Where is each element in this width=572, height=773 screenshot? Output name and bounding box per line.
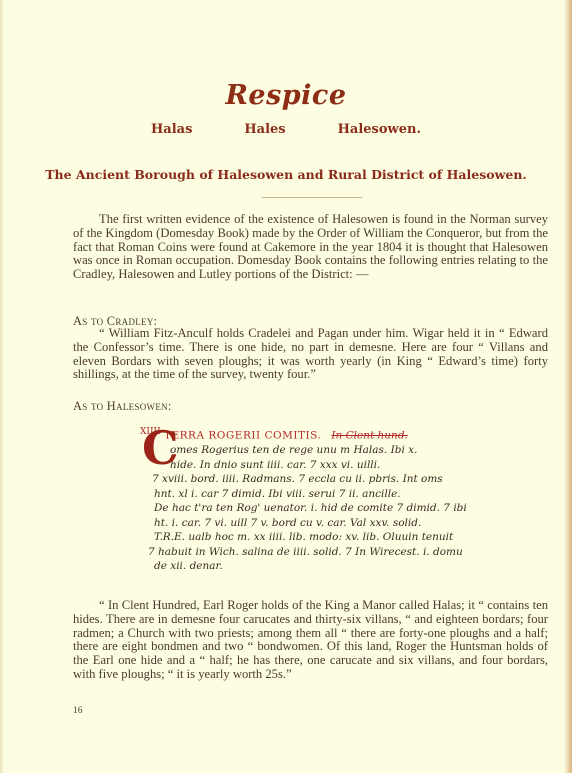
name-variants: Halas Hales Halesowen.	[0, 122, 572, 137]
page-edge-right	[564, 0, 572, 773]
subtitle: The Ancient Borough of Halesowen and Rur…	[0, 167, 572, 182]
intro-paragraph: The first written evidence of the existe…	[73, 213, 548, 282]
domesday-manuscript-image: C XIIII TERRA ROGERII COMITIS. In Clent …	[140, 425, 480, 595]
manuscript-line: ht. i. car. 7 vi. uill 7 v. bord cu v. c…	[140, 516, 480, 531]
quote-cradley: “ William Fitz-Anculf holds Cradelei and…	[73, 327, 548, 382]
page-title: Respice	[0, 80, 572, 111]
manuscript-line: hnt. xl i. car 7 dimid. Ibi viii. serui …	[140, 487, 480, 502]
manuscript-header: TERRA ROGERII COMITIS.	[164, 430, 321, 442]
page-edge-left	[0, 0, 4, 773]
manuscript-line: hide. In dnio sunt iiii. car. 7 xxx vi. …	[140, 458, 480, 473]
page-number: 16	[73, 706, 83, 716]
manuscript-header-struck: In Clent hund.	[331, 430, 408, 442]
section-heading-halesowen: As to Halesowen:	[73, 399, 172, 414]
illuminated-initial: C	[142, 425, 179, 471]
manuscript-line: T.R.E. ualb hoc m. xx iiii. lib. modo: x…	[140, 530, 480, 545]
manuscript-line: 7 habuit in Wich. salina de iiii. solid.…	[140, 545, 480, 560]
quote-halesowen: “ In Clent Hundred, Earl Roger holds of …	[73, 599, 548, 682]
name-variant: Halesowen.	[338, 122, 421, 137]
name-variant: Halas	[151, 122, 192, 137]
manuscript-line: De hac t'ra ten Rog' uenator. i. hid de …	[140, 501, 480, 516]
manuscript-line: de xii. denar.	[140, 559, 480, 574]
manuscript-line: 7 xviii. bord. iiii. Radmans. 7 eccla cu…	[140, 472, 480, 487]
name-variant: Hales	[244, 122, 285, 137]
manuscript-line: omes Rogerius ten de rege unu m Halas. I…	[140, 443, 480, 458]
divider	[262, 197, 362, 198]
